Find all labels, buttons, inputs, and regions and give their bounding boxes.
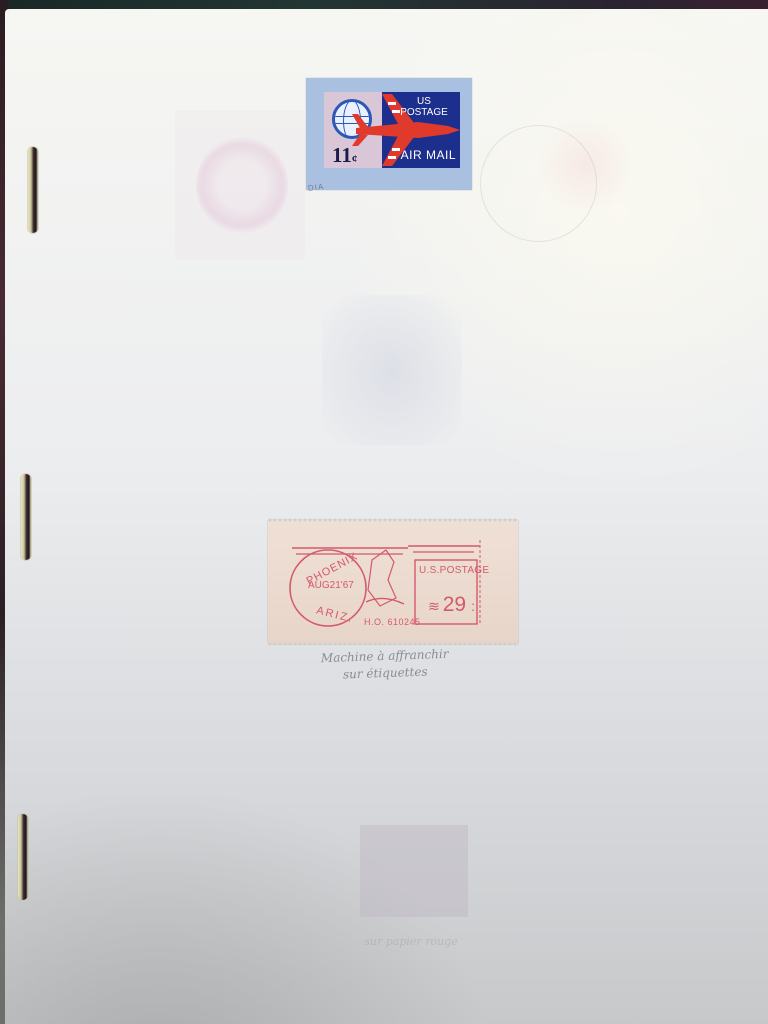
airmail-design: 11¢ US POSTAGE AIR MAIL (324, 92, 460, 168)
binder-hole-middle (21, 474, 31, 560)
binder-hole-bottom (18, 814, 28, 900)
binder-hole-top (28, 147, 38, 233)
handwritten-caption: Machine à affranchir sur étiquettes (299, 645, 470, 685)
meter-stamp: PHOENIX AUG21'67 ARIZ. H.O. 610245 U.S.P… (268, 520, 518, 644)
cancel-fragment: DIA (308, 182, 325, 193)
meter-date: AUG21'67 (308, 580, 354, 591)
meter-postage-label: U.S.POSTAGE (419, 565, 489, 576)
meter-value: ≋29: (428, 593, 475, 617)
us-postage-label: US POSTAGE (396, 96, 452, 118)
air-mail-label: AIR MAIL (401, 148, 456, 162)
show-through-caption: sur papier rouge (346, 935, 476, 948)
meter-serial-number: H.O. 610245 (364, 617, 421, 627)
airmail-stamp: 11¢ US POSTAGE AIR MAIL DIA (306, 78, 472, 190)
